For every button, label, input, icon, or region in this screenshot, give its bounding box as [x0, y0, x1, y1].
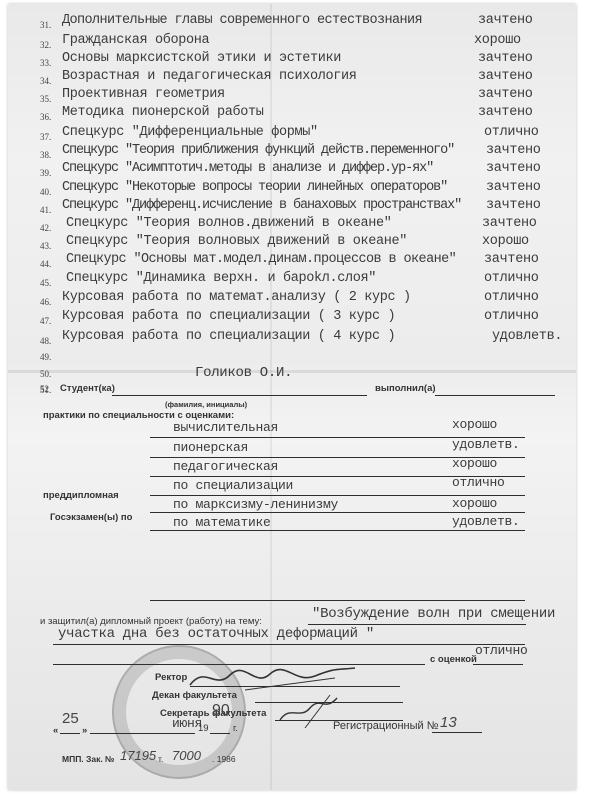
subject-grade: зачтено — [478, 50, 533, 68]
subject-row: 33.Основы марксистской этики и эстетикиз… — [0, 50, 594, 68]
subject-row: 36.Методика пионерской работызачтено — [0, 104, 594, 122]
subject-row: 35.Проективная геометриязачтено — [0, 86, 594, 104]
subject-row: 41.Спецкурс "Дифференц.исчисление в бана… — [0, 197, 594, 215]
date-year-prefix: 19 — [198, 723, 209, 734]
subject-grade: зачтено — [478, 86, 533, 104]
student-label: Студент(ка) — [60, 383, 115, 394]
subject-grade: отлично — [484, 308, 539, 326]
subject-grade: зачтено — [478, 12, 533, 30]
date-day: 25 — [62, 710, 79, 727]
subject-row: 49. — [0, 344, 594, 362]
practice-name: вычислительная — [173, 420, 278, 435]
exam-name: по марксизму-ленинизму — [173, 497, 338, 512]
subject-grade: хорошо — [482, 233, 529, 251]
subject-grade: зачтено — [478, 68, 533, 86]
subject-row: 40.Спецкурс "Некоторые вопросы теории ли… — [0, 179, 594, 197]
date-year-unit: г. — [233, 723, 238, 734]
subject-name: Спецкурс "Основы мат.модел.динам.процесс… — [66, 251, 456, 269]
subject-name: Методика пионерской работы — [62, 104, 264, 122]
date-close-quote: » — [82, 725, 87, 736]
practice-grade: удовлетв. — [452, 437, 520, 452]
subject-name: Проективная геометрия — [62, 86, 225, 104]
subject-row: 39.Спецкурс "Асимптотич.методы в анализе… — [0, 160, 594, 178]
blank-line — [150, 600, 525, 601]
exam-name: по математике — [173, 515, 271, 530]
student-line — [112, 395, 367, 396]
subject-name: Спецкурс "Теория волновых движений в оке… — [66, 233, 407, 251]
tirage: 7000 — [172, 748, 201, 763]
subject-grade: отлично — [484, 124, 539, 142]
student-name: Голиков О.И. — [195, 365, 292, 381]
subject-row: 44.Спецкурс "Основы мат.модел.динам.проц… — [0, 251, 594, 269]
date-open-quote: « — [53, 725, 58, 736]
rector-label: Ректор — [155, 672, 187, 683]
dean-label: Декан факультета — [152, 690, 237, 701]
subject-row: 31.Дополнительные главы современного ест… — [0, 12, 594, 30]
registration-label: Регистрационный № — [333, 720, 439, 732]
subject-row: 46.Курсовая работа по математ.анализу ( … — [0, 289, 594, 307]
exam-grade: хорошо — [452, 496, 497, 511]
subject-grade: зачтено — [486, 197, 541, 215]
subject-grade: отлично — [484, 289, 539, 307]
subject-name: Дополнительные главы современного естест… — [62, 12, 422, 30]
subject-row: 37.Спецкурс "Дифференциальные формы"отли… — [0, 124, 594, 142]
thesis-grade: отлично — [475, 643, 528, 658]
practice-name: педагогическая — [173, 459, 278, 474]
prediploma-label: преддипломная — [43, 490, 119, 501]
date-month-line — [90, 733, 195, 734]
subject-name: Спецкурс "Некоторые вопросы теории линей… — [62, 179, 447, 197]
subject-row: 32.Гражданская оборонахорошо — [0, 32, 594, 50]
subject-row: 38.Спецкурс "Теория приближения функций … — [0, 142, 594, 160]
date-day-line — [60, 733, 80, 734]
subject-row: 34.Возрастная и педагогическая психологи… — [0, 68, 594, 86]
subject-row: 42.Спецкурс "Теория волнов.движений в ок… — [0, 215, 594, 233]
subject-name: Спецкурс "Асимптотич.методы в анализе и … — [62, 160, 433, 178]
subject-row: 45.Спецкурс "Динамика верхн. и бароkл.сл… — [0, 270, 594, 288]
thesis-grade-line — [473, 664, 523, 665]
subject-grade: зачтено — [478, 104, 533, 122]
subject-name: Спецкурс "Дифференциальные формы" — [62, 124, 318, 142]
registration-number: 13 — [440, 714, 457, 731]
thesis-line2 — [53, 644, 525, 645]
subject-grade: хорошо — [474, 32, 521, 50]
state-exams-label: Госэкзамен(ы) по — [50, 512, 132, 523]
completed-label: выполнил(а) — [375, 383, 436, 394]
subject-name: Спецкурс "Теория волнов.движений в океан… — [66, 215, 392, 233]
subject-grade: зачтено — [486, 142, 541, 160]
subject-row: 43.Спецкурс "Теория волновых движений в … — [0, 233, 594, 251]
thesis-title-line2: участка дна без остаточных деформаций " — [58, 626, 374, 642]
practice-name: пионерская — [173, 440, 248, 455]
subject-number: 52 — [40, 380, 49, 398]
thesis-grade-label: с оценкой — [430, 654, 477, 665]
completed-line — [435, 395, 555, 396]
subject-grade: зачтено — [484, 251, 539, 269]
subject-grade: зачтено — [486, 179, 541, 197]
subject-grade: отлично — [484, 270, 539, 288]
subject-name: Спецкурс "Теория приближения функций дей… — [62, 142, 454, 160]
rector-line — [190, 686, 400, 687]
subject-row: 47.Курсовая работа по специализации ( 3 … — [0, 308, 594, 326]
subject-name: Спецкурс "Динамика верхн. и бароkл.слоя" — [66, 270, 376, 288]
order-number: 17195 — [120, 748, 156, 763]
print-info: МПП. Зак. № — [62, 754, 115, 764]
subject-name: Курсовая работа по математ.анализу ( 2 к… — [62, 289, 411, 307]
subject-name: Спецкурс "Дифференц.исчисление в банахов… — [62, 197, 461, 215]
exam-grade: удовлетв. — [452, 514, 520, 529]
practice-name: по специализации — [173, 478, 293, 493]
exam-line — [150, 530, 525, 531]
registration-line — [432, 732, 482, 733]
exam-line — [150, 512, 525, 513]
subject-name: Основы марксистской этики и эстетики — [62, 50, 341, 68]
practice-grade: хорошо — [452, 417, 497, 432]
student-name-hint: (фамилия, инициалы) — [165, 400, 247, 409]
print-year: . 1986 — [212, 754, 236, 764]
thesis-line1 — [308, 624, 526, 625]
date-year-line — [210, 733, 230, 734]
subject-name: Возрастная и педагогическая психология — [62, 68, 357, 86]
thesis-title-line1: "Возбуждение волн при смещении — [312, 606, 555, 622]
date-year-suffix: 90 — [212, 702, 230, 720]
practice-grade: хорошо — [452, 456, 497, 471]
practice-grade: отлично — [452, 475, 505, 490]
subject-grade: зачтено — [482, 215, 537, 233]
subject-name: Гражданская оборона — [62, 32, 209, 50]
subject-grade: зачтено — [486, 160, 541, 178]
subject-name: Курсовая работа по специализации ( 3 кур… — [62, 308, 395, 326]
tirage-label: т. — [158, 754, 163, 764]
